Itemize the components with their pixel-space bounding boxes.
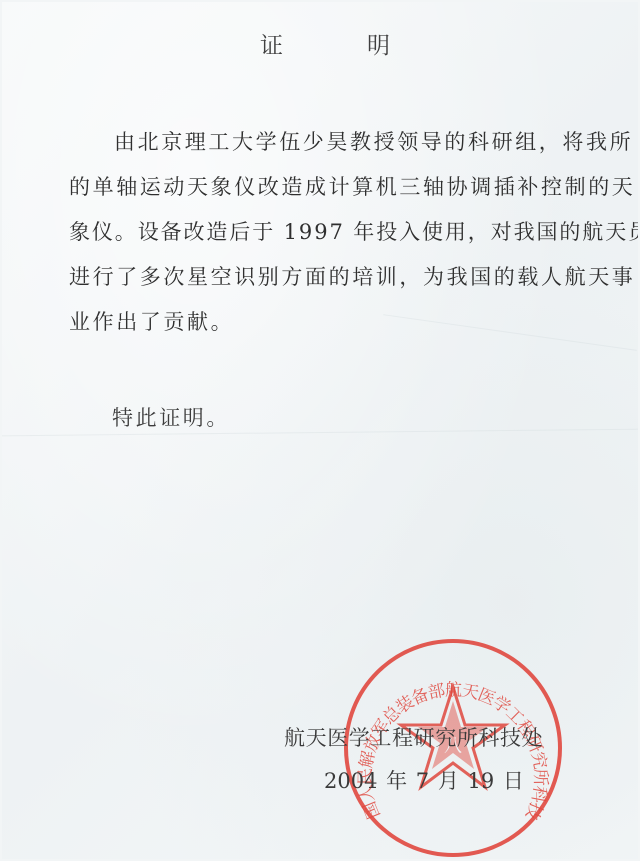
- title-char-2: 明: [367, 32, 390, 60]
- paper-crease: [383, 314, 637, 351]
- body-line-3: 象仪。设备改造后于 1997 年投入使用，对我国的航天员: [69, 220, 638, 244]
- issue-date: 2004 年 7 月 19 日: [324, 765, 524, 795]
- closing-statement: 特此证明。: [112, 402, 230, 432]
- body-line-5: 业作出了贡献。: [69, 310, 234, 334]
- body-line-2: 的单轴运动天象仪改造成计算机三轴协调插补控制的天: [69, 175, 635, 199]
- issuer-signature: 航天医学工程研究所科技处: [284, 722, 543, 752]
- document-title: 证 明: [260, 32, 390, 60]
- body-line-1: 由北京理工大学伍少昊教授领导的科研组，将我所: [114, 130, 633, 154]
- title-char-1: 证: [260, 32, 283, 60]
- body-line-4: 进行了多次星空识别方面的培训，为我国的载人航天事: [69, 265, 635, 289]
- certificate-page: 证 明 由北京理工大学伍少昊教授领导的科研组，将我所 的单轴运动天象仪改造成计算…: [2, 2, 638, 859]
- paper-crease: [2, 429, 638, 437]
